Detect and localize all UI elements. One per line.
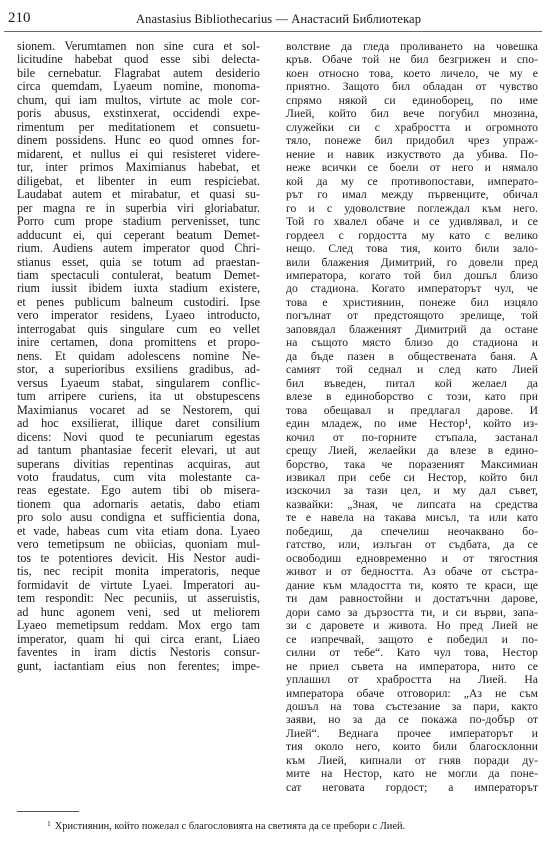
text-line: et vade, habeas cum vita etiam dona. Lya… <box>17 525 260 538</box>
text-line: ти дам равностойни и достатъчни дарове, <box>286 592 538 605</box>
text-line: изскочил за тази цел, и му дал съвет, <box>286 484 538 497</box>
text-line: тяло, понеже бил придобил чрез упраж- <box>286 134 538 147</box>
text-line: погълнат от предстоящото зрелище, той <box>286 309 538 322</box>
text-line: per magna re in superbia viri gloriabatu… <box>17 202 260 215</box>
text-line: stor, a superioribus exsiliens gradibus,… <box>17 363 260 376</box>
text-line: voto fraudatus, cum vita molestante ca- <box>17 471 260 484</box>
text-line: reas egestate. Ego autem tibi ob misera- <box>17 484 260 497</box>
text-line: заповядал блаженият Димитрий да остане <box>286 323 538 336</box>
text-line: борство, така че поразеният Максимиан <box>286 458 538 471</box>
text-line: ad hunc agonem veni, sed ut meliorem <box>17 606 260 619</box>
text-line: кръв. Обаче той не бил безгрижен и спо- <box>286 53 538 66</box>
text-line: вили блажения Димитрий, го довели пред <box>286 256 538 269</box>
text-line: interrogabat quis singulare cum eo velle… <box>17 323 260 336</box>
text-line: това обещавал и предлагал дарове. И <box>286 404 538 417</box>
text-line: chum, qui iam multos, virtute ac mole co… <box>17 94 260 107</box>
text-line: Lyaeo memetipsum reddam. Mox ergo tam <box>17 619 260 632</box>
text-line: et penes publicum balneum custodiri. Ips… <box>17 296 260 309</box>
page-header: 210 Anastasius Bibliothecarius — Анастас… <box>4 8 544 30</box>
text-line: неже всички се боели от него и нямало <box>286 161 538 174</box>
text-line: dicens: Novi quod te pecuniarum egestas <box>17 431 260 444</box>
text-line: до стадиона. Когато императорът чул, че <box>286 282 538 295</box>
text-line: sionem. Verumtamen non sine cura et sol- <box>17 40 260 53</box>
text-line: влезе в единоборство с този, като при <box>286 390 538 403</box>
text-line: midarent, et nullus ei qui resisteret vi… <box>17 148 260 161</box>
text-line: да бъде пазен в обществената баня. А <box>286 350 538 363</box>
footnote-text: Християнин, който пожелал с благословият… <box>55 821 405 832</box>
text-line: inire certamen, dona promittens et propo… <box>17 336 260 349</box>
text-line: служейки си с храбростта и огромното <box>286 121 538 134</box>
text-line: Лией, който бил вече погубил мнозина, <box>286 107 538 120</box>
text-line: Той го хвалел обаче и се удивлявал, и се <box>286 215 538 228</box>
text-line: кой да му се противопостави, императо- <box>286 175 538 188</box>
text-line: на същото място близо до стадиона и <box>286 336 538 349</box>
text-line: нещо. След това тия, които били зало- <box>286 242 538 255</box>
text-line: заяви, но за да се покажа по-добър от <box>286 713 538 726</box>
text-line: tos te potentiores devicit. His Nestor a… <box>17 552 260 565</box>
text-line: versus Lyaeum stabat, singularem conflic… <box>17 377 260 390</box>
text-line: poris abusus, exstinxerat, occidendi exp… <box>17 107 260 120</box>
text-line: gunt, iactantiam eius non ferentes; impe… <box>17 660 260 673</box>
text-line: към Лией, кипнали от гняв поради ду- <box>286 754 538 767</box>
text-line: зи с даровете и живота. Но пред Лией не <box>286 619 538 632</box>
text-line: те е навела на такава мисъл, та или като <box>286 511 538 524</box>
text-line: мите на Нестор, като не могли да поне- <box>286 767 538 780</box>
text-line: приятно. Защото бил обладан от чувство <box>286 80 538 93</box>
text-line: licitudine habebat quod esse sibi delect… <box>17 53 260 66</box>
text-line: vero imperator residens, Lyaeo introduct… <box>17 309 260 322</box>
text-line: бил въведен, питал кой желаел да <box>286 377 538 390</box>
text-line: казвайки: „Зная, че липсата на средства <box>286 498 538 511</box>
text-line: тия около него, които били благосклонни <box>286 740 538 753</box>
text-line: уплашил от храбростта на Лией. На <box>286 673 538 686</box>
text-line: кочил от по-горните стъпала, застанал <box>286 431 538 444</box>
text-line: нение и навик изкуството да убива. По- <box>286 148 538 161</box>
running-title: Anastasius Bibliothecarius — Анастасий Б… <box>136 9 421 29</box>
text-line: Лией“. Веднага прочее императорът и <box>286 727 538 740</box>
text-line: ad tantum phantasiae fecerit elevari, ut… <box>17 444 260 457</box>
text-line: спрямо някой си единоборец, по име <box>286 94 538 107</box>
text-line: един младеж, по име Нестор¹, който из- <box>286 417 538 430</box>
text-line: живот и от бедността. Аз обаче от състра… <box>286 565 538 578</box>
footnote-rule <box>17 811 79 812</box>
text-line: stianus esset, quia se totum ad praestan… <box>17 256 260 269</box>
text-line: дание към младостта ти, която те краси, … <box>286 579 538 592</box>
text-line: adducunt ei, qui ceperant beatum Demet- <box>17 229 260 242</box>
text-line: императора, когато той бил дошъл близо <box>286 269 538 282</box>
text-line: се изпречвай, защото е победил и по- <box>286 633 538 646</box>
text-line: Porro cum prope stadium pervenisset, tun… <box>17 215 260 228</box>
text-line: силни от тебе“. Като чул това, Нестор <box>286 646 538 659</box>
text-line: дошъл на това състезание за пари, както <box>286 700 538 713</box>
text-line: гордеел с гордостта му като с велико <box>286 229 538 242</box>
text-line: superans divitias repentinas acquiras, a… <box>17 458 260 471</box>
text-line: dinem possidens. Hunc eo quod omnes for- <box>17 134 260 147</box>
text-line: circa quemdam, Lyaeum nomine, monoma- <box>17 80 260 93</box>
header-rule <box>4 31 542 32</box>
text-line: bile cernebatur. Flagrabat autem desider… <box>17 67 260 80</box>
text-line: победиш, да спечелиш неочаквано бо- <box>286 525 538 538</box>
footnote: 1Християнин, който пожелал с благословия… <box>47 817 405 834</box>
text-line: самият той седнал и след като Лией <box>286 363 538 376</box>
text-line: не приел съвета на императора, нито се <box>286 660 538 673</box>
text-line: извикал при себе си Нестор, който бил <box>286 471 538 484</box>
text-line: faventes in iram dictis Nestoris consur- <box>17 646 260 659</box>
text-line: imperator, quam hi qui circa erant, Liae… <box>17 633 260 646</box>
text-line: коен относно това, което личело, че му е <box>286 67 538 80</box>
text-line: tiam spectaculi contulerat, beatum Demet… <box>17 269 260 282</box>
text-line: императора обаче отговорил: „Аз не съм <box>286 687 538 700</box>
text-line: гатство, или, излъган от съдбата, да се <box>286 538 538 551</box>
text-line: tionem qua adornaris aetatis, dabo etiam <box>17 498 260 511</box>
footnote-marker: 1 <box>47 819 51 828</box>
bulgarian-text-column: волствие да гледа проливането на човешка… <box>286 40 538 794</box>
text-line: tem respondit: Nec pecuniis, ut asseruis… <box>17 592 260 605</box>
text-line: rium iussit ibidem iuxta stadium exister… <box>17 282 260 295</box>
text-line: дори само за дързостта ти, и си върви, з… <box>286 606 538 619</box>
text-line: освободиш едновременно и от тягостния <box>286 552 538 565</box>
text-line: pro solo ausu condigna et sufficientia d… <box>17 511 260 524</box>
text-line: tis, nec recipit monita imperatoris, neq… <box>17 565 260 578</box>
text-line: vero temetipsum ne obiicias, quoniam mul… <box>17 538 260 551</box>
text-line: срещу Лией, желаейки да влезе в едино- <box>286 444 538 457</box>
page-number: 210 <box>8 8 31 28</box>
text-line: го и с удоволствие поглеждал към него. <box>286 202 538 215</box>
text-line: Maximianus vocaret ad se Nestorem, qui <box>17 404 260 417</box>
text-line: сат неговата гордост; а императорът <box>286 781 538 794</box>
text-line: ad hoc exsilierat, illique daret consili… <box>17 417 260 430</box>
text-line: рът го имал между първенците, обичал <box>286 188 538 201</box>
text-line: rimentum per meditationem et consuetu- <box>17 121 260 134</box>
text-line: това е християнин, понеже бил изцяло <box>286 296 538 309</box>
text-line: rium. Audiens autem imperator quod Chri- <box>17 242 260 255</box>
latin-text-column: sionem. Verumtamen non sine cura et sol-… <box>17 40 260 673</box>
text-line: tur, inter primos Maximianus habebat, et <box>17 161 260 174</box>
text-line: formidavit de virtute Lyaei. Imperatori … <box>17 579 260 592</box>
text-line: tum arripere curiens, ita ut obstupescen… <box>17 390 260 403</box>
text-line: diligebat, et libenter in eum respicieba… <box>17 175 260 188</box>
text-line: Laudabat autem et mirabatur, et quasi su… <box>17 188 260 201</box>
text-line: волствие да гледа проливането на човешка <box>286 40 538 53</box>
text-line: nens. Et quidam adolescens nomine Ne- <box>17 350 260 363</box>
